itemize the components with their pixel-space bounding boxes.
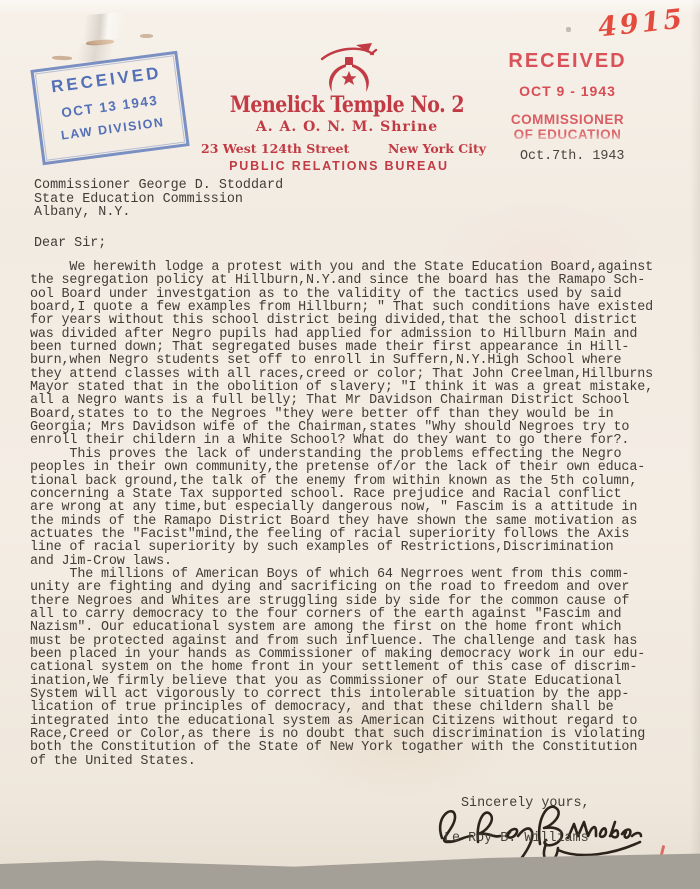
letter-line: ination,We firmly believe that you as Co… <box>30 675 698 688</box>
letter-line: was divided after Negro pupils had appli… <box>30 328 698 341</box>
shriners-emblem-icon <box>318 42 378 99</box>
letter-line: there Negroes and Whites are struggling … <box>30 595 698 608</box>
rust-speck <box>140 34 153 38</box>
rust-speck <box>52 56 72 61</box>
letter-line: actuates the "Facist"mind,the feeling of… <box>30 528 698 541</box>
letter-line: Race,Creed or Color,as there is no doubt… <box>30 728 698 741</box>
letter-line: unity are fighting and dying and sacrifi… <box>30 581 698 594</box>
paragraph-3: The millions of American Boys of which 6… <box>30 568 698 768</box>
letter-line: all a Negro wants is a full belly; That … <box>30 394 698 407</box>
letter-line: Commissioner George D. Stoddard <box>34 179 283 193</box>
letter-line: board,I quote a few examples from Hillbu… <box>30 301 698 314</box>
letter-line: Mayor stated that in the obolition of sl… <box>30 381 698 394</box>
valediction: Sincerely yours, <box>461 796 590 811</box>
letter-paper: RECEIVED OCT 13 1943 LAW DIVISION 4915 R… <box>0 0 700 871</box>
letterhead-city: New York City <box>388 141 486 156</box>
organization-name: Menelick Temple No. 2 <box>49 92 646 118</box>
letter-line: the minds of the Ramapo District Board t… <box>30 515 698 528</box>
letter-line: The millions of American Boys of which 6… <box>30 568 698 581</box>
letter-line: been placed in your hands as Commissione… <box>30 648 698 661</box>
letterhead-bureau: PUBLIC RELATIONS BUREAU <box>0 159 678 173</box>
letter-line: We herewith lodge a protest with you and… <box>30 261 698 274</box>
letter-line: enroll their childern in a White School?… <box>30 434 698 447</box>
letter-body: We herewith lodge a protest with you and… <box>30 261 698 768</box>
letter-line: burn,when Negro students set off to enro… <box>30 354 698 367</box>
order-name: A. A. O. N. M. Shrine <box>0 119 694 135</box>
letter-line: they attend classes with all races,creed… <box>30 368 698 381</box>
letter-line: cational system on the home front in you… <box>30 661 698 674</box>
paragraph-2: This proves the lack of understanding th… <box>30 448 698 568</box>
salutation: Dear Sir; <box>34 236 106 251</box>
letter-line: all to carry democracy to the four corne… <box>30 608 698 621</box>
letter-line: peoples in their own community,the prete… <box>30 461 698 474</box>
letter-line: line of racial superiority by such examp… <box>30 541 698 554</box>
letter-line: integrated into the educational system a… <box>30 715 698 728</box>
typed-signature-name: Le Roy B. Williams <box>444 831 589 846</box>
letter-line: Albany, N.Y. <box>34 206 283 220</box>
rust-speck <box>86 39 114 46</box>
letter-line: System will act vigorously to correct th… <box>30 688 698 701</box>
recipient-address-block: Commissioner George D. StoddardState Edu… <box>34 179 283 220</box>
letter-line: are wrong at any time,but especially dan… <box>30 501 698 514</box>
letter-line: State Education Commission <box>34 193 283 207</box>
letterhead-street: 23 West 124th Street <box>201 141 349 156</box>
letter-line: both the Constitution of the State of Ne… <box>30 741 698 754</box>
letter-line: concerning a State Tax supported school.… <box>30 488 698 501</box>
paragraph-1: We herewith lodge a protest with you and… <box>30 261 698 448</box>
dust-speck <box>566 27 571 32</box>
letter-line: This proves the lack of understanding th… <box>30 448 698 461</box>
letter-line: Nazism". Our educational system are amon… <box>30 621 698 634</box>
letter-line: been turned down; That segregated buses … <box>30 341 698 354</box>
page-top-highlight <box>0 0 700 14</box>
letter-line: and Jim-Crow laws. <box>30 555 698 568</box>
crease-line <box>0 5 201 48</box>
letter-line: the segregation policy at Hillburn,N.Y.a… <box>30 274 698 287</box>
stamp-received-text: RECEIVED <box>495 50 640 73</box>
letter-line: of the United States. <box>30 755 698 768</box>
letter-line: Georgia; Mrs Davidson wife of the Chairm… <box>30 421 698 434</box>
letter-line: for years without this school district b… <box>30 314 698 327</box>
letter-line: lication of true principles of democracy… <box>30 701 698 714</box>
letter-line: Board,states to to the Negroes "they wer… <box>30 408 698 421</box>
red-pencil-mark <box>660 845 665 856</box>
letter-line: ool Board under investgation as to the v… <box>30 288 698 301</box>
letter-line: must be protected against and from such … <box>30 635 698 648</box>
scanned-letter-page: RECEIVED OCT 13 1943 LAW DIVISION 4915 R… <box>0 0 700 889</box>
handwritten-catalog-number: 4915 <box>597 4 687 44</box>
letter-line: tional back ground,the talk of the enemy… <box>30 475 698 488</box>
